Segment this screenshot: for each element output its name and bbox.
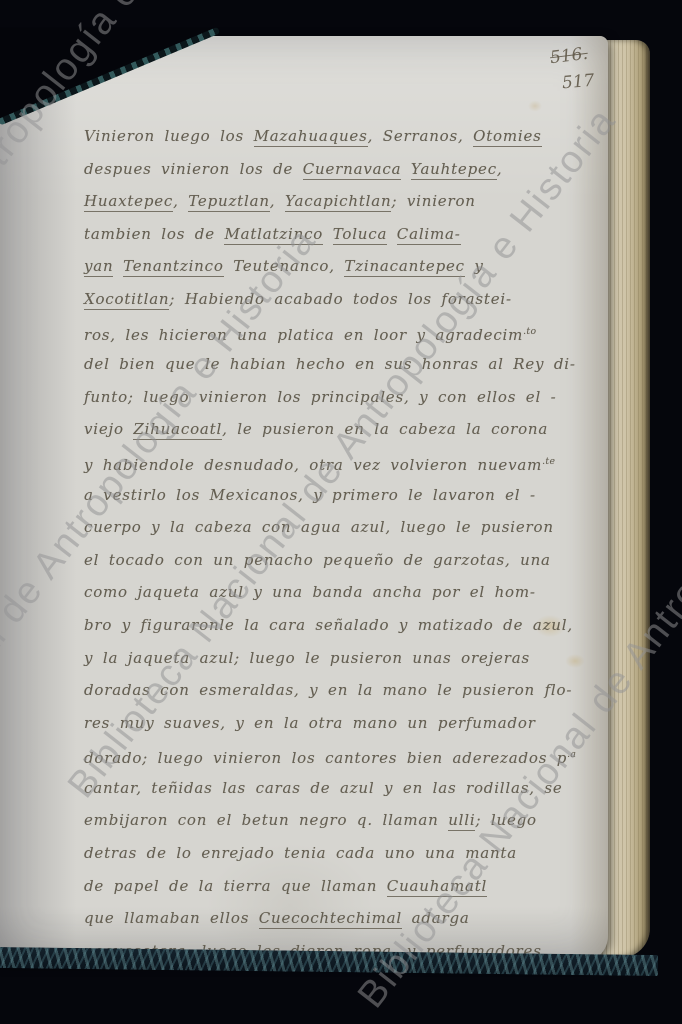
text-segment: del bien que le habian hecho en sus honr… (84, 355, 576, 373)
text-segment: embijaron con el betun negro q. llaman (84, 811, 448, 829)
text-segment: el tocado con un penacho pequeño de garz… (84, 551, 551, 569)
manuscript-line: y habiendole desnudado, otra vez volvier… (84, 446, 599, 479)
manuscript-line: bro y figuraronle la cara señalado y mat… (84, 609, 599, 642)
text-segment: , Serranos, (368, 127, 474, 145)
book-page: Vinieron luego los Mazahuaques, Serranos… (0, 36, 608, 962)
underlined-word: Yauhtepec (411, 160, 497, 180)
manuscript-line: ros, les hicieron una platica en loor y … (84, 316, 599, 349)
underlined-word: Xocotitlan (84, 290, 169, 310)
text-segment: .a (567, 749, 576, 760)
text-segment: a vestirlo los Mexicanos, y primero le l… (84, 486, 536, 504)
page-number-old: 516. (549, 44, 589, 68)
underlined-word: Mazahuaques (254, 127, 368, 147)
text-segment: despues vinieron los de (84, 160, 303, 178)
text-segment: de papel de la tierra que llaman (84, 877, 387, 895)
folio-numbers: 516. 517 (536, 46, 626, 92)
text-segment (323, 225, 333, 243)
text-segment: y (465, 257, 484, 275)
text-segment: , (497, 160, 503, 178)
text-segment: viejo (84, 420, 133, 438)
underlined-word: Toluca (333, 225, 387, 245)
manuscript-line: y la jaqueta azul; luego le pusieron una… (84, 642, 599, 675)
text-segment (387, 225, 397, 243)
text-segment: Teutenanco, (224, 257, 345, 275)
manuscript-line: funto; luego vinieron los principales, y… (84, 381, 599, 414)
text-segment: ros, les hicieron una platica en loor y … (84, 326, 523, 344)
manuscript-line: despues vinieron los de Cuernavaca Yauht… (84, 153, 599, 186)
manuscript-line: cuerpo y la cabeza con agua azul, luego … (84, 511, 599, 544)
text-segment: Vinieron luego los (84, 127, 254, 145)
manuscript-line: viejo Zihuacoatl, le pusieron en la cabe… (84, 413, 599, 446)
underlined-word: ulli (448, 811, 475, 831)
underlined-word: Matlatzinco (224, 225, 323, 245)
text-segment: cantar, teñidas las caras de azul y en l… (84, 779, 563, 797)
manuscript-line: del bien que le habian hecho en sus honr… (84, 348, 599, 381)
text-segment: y la jaqueta azul; luego le pusieron una… (84, 649, 530, 667)
underlined-word: Otomies (473, 127, 542, 147)
text-segment: , (270, 192, 285, 210)
underlined-word: Yacapichtlan (285, 192, 392, 212)
underlined-word: Tzinacantepec (344, 257, 465, 277)
text-segment: res muy suaves, y en la otra mano un per… (84, 714, 536, 732)
text-segment: , (173, 192, 188, 210)
manuscript-line: de papel de la tierra que llaman Cuauham… (84, 870, 599, 903)
manuscript-line: embijaron con el betun negro q. llaman u… (84, 804, 599, 837)
page-number-new: 517 (561, 71, 595, 94)
underlined-word: Cuernavaca (303, 160, 402, 180)
manuscript-line: Vinieron luego los Mazahuaques, Serranos… (84, 120, 599, 153)
manuscript-line: que llamaban ellos Cuecochtechimal adarg… (84, 902, 599, 935)
text-segment: .te (542, 456, 555, 467)
underlined-word: Tenantzinco (123, 257, 224, 277)
underlined-word: Cuecochtechimal (259, 909, 402, 929)
text-segment: detras de lo enrejado tenia cada uno una… (84, 844, 517, 862)
text-segment: doradas con esmeraldas, y en la mano le … (84, 681, 572, 699)
scan-background: Vinieron luego los Mazahuaques, Serranos… (0, 0, 682, 1024)
manuscript-line: doradas con esmeraldas, y en la mano le … (84, 674, 599, 707)
text-segment: y habiendole desnudado, otra vez volvier… (84, 456, 542, 474)
text-segment: , le pusieron en la cabeza la corona (222, 420, 548, 438)
underlined-word: Calima- (397, 225, 461, 245)
text-segment: ; vinieron (391, 192, 475, 210)
text-segment: como jaqueta azul y una banda ancha por … (84, 583, 536, 601)
text-segment: bro y figuraronle la cara señalado y mat… (84, 616, 573, 634)
text-segment: dorado; luego vinieron los cantores bien… (84, 749, 567, 767)
text-segment: cuerpo y la cabeza con agua azul, luego … (84, 518, 554, 536)
text-segment: tambien los de (84, 225, 224, 243)
underlined-word: Huaxtepec (84, 192, 173, 212)
text-segment: ; Habiendo acabado todos los forastei- (169, 290, 511, 308)
underlined-word: yan (84, 257, 113, 277)
underlined-word: Tepuztlan (188, 192, 270, 212)
text-segment (113, 257, 123, 275)
manuscript-line: cantar, teñidas las caras de azul y en l… (84, 772, 599, 805)
text-segment (401, 160, 411, 178)
manuscript-line: yan Tenantzinco Teutenanco, Tzinacantepe… (84, 250, 599, 283)
manuscript-line: tambien los de Matlatzinco Toluca Calima… (84, 218, 599, 251)
manuscript-lines: Vinieron luego los Mazahuaques, Serranos… (84, 120, 599, 967)
underlined-word: Cuauhamatl (387, 877, 487, 897)
manuscript-line: Huaxtepec, Tepuztlan, Yacapichtlan; vini… (84, 185, 599, 218)
text-segment: que llamaban ellos (84, 909, 259, 927)
text-segment: funto; luego vinieron los principales, y… (84, 388, 556, 406)
manuscript-line: como jaqueta azul y una banda ancha por … (84, 576, 599, 609)
manuscript-line: Xocotitlan; Habiendo acabado todos los f… (84, 283, 599, 316)
underlined-word: Zihuacoatl (133, 420, 222, 440)
manuscript-line: a vestirlo los Mexicanos, y primero le l… (84, 479, 599, 512)
manuscript-line: dorado; luego vinieron los cantores bien… (84, 739, 599, 772)
manuscript-line: res muy suaves, y en la otra mano un per… (84, 707, 599, 740)
manuscript-line: el tocado con un penacho pequeño de garz… (84, 544, 599, 577)
text-segment: ; luego (475, 811, 536, 829)
text-segment: adarga (402, 909, 470, 927)
manuscript-line: detras de lo enrejado tenia cada uno una… (84, 837, 599, 870)
text-segment: .to (523, 326, 536, 337)
